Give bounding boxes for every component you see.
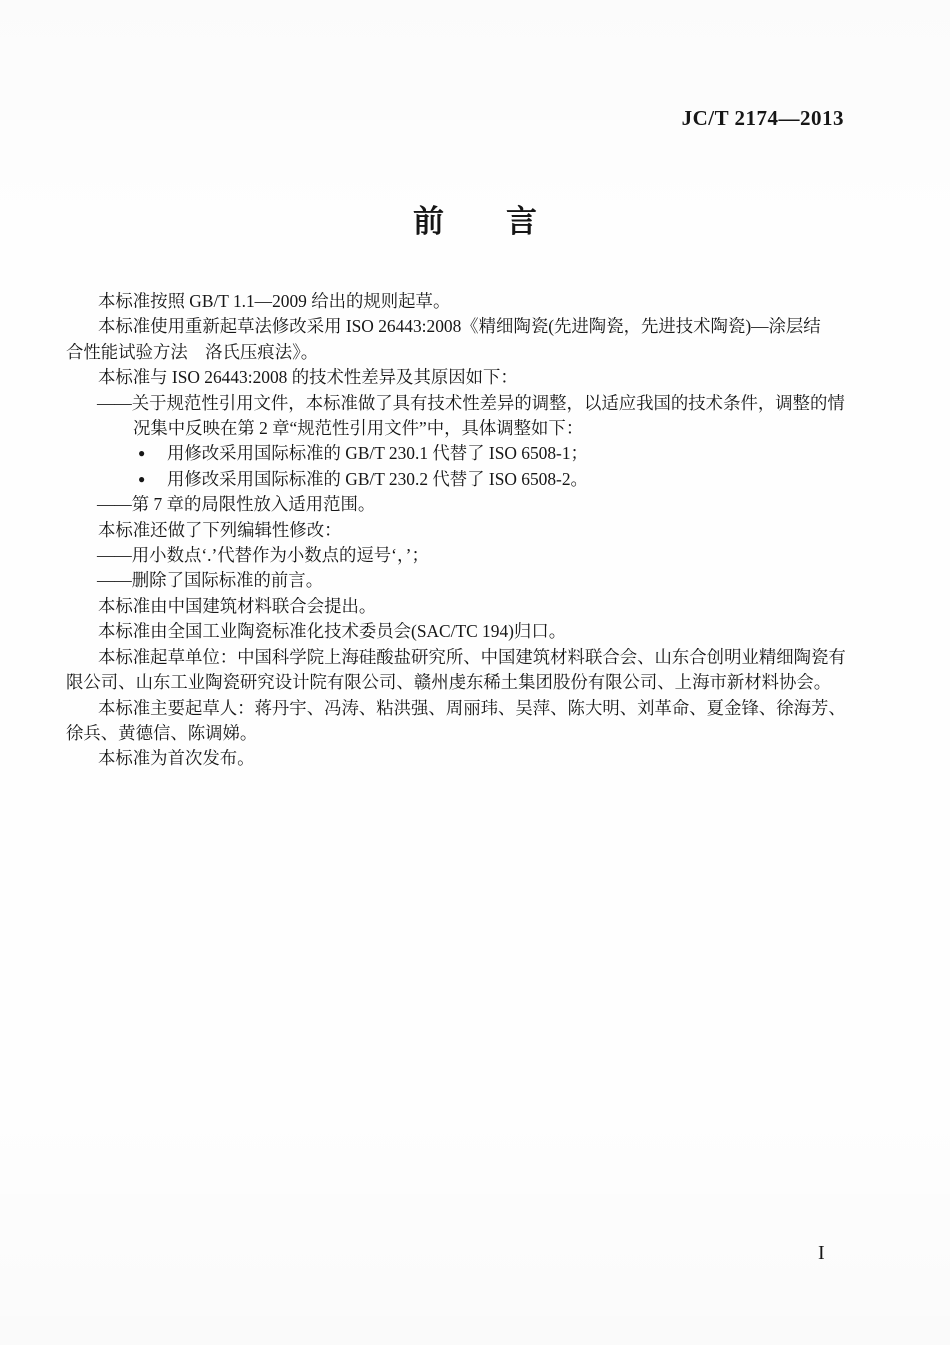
bullet-item-text: 用修改采用国际标准的 GB/T 230.2 代替了 ISO 6508-2。 [167, 469, 588, 489]
text-line: 限公司、山东工业陶瓷研究设计院有限公司、赣州虔东稀土集团股份有限公司、上海市新材… [66, 670, 887, 695]
bullet-icon: ● [138, 467, 145, 492]
text-line: ●用修改采用国际标准的 GB/T 230.1 代替了 ISO 6508-1； [66, 441, 887, 466]
text-line: 本标准与 ISO 26443:2008 的技术性差异及其原因如下： [66, 365, 887, 390]
text-line: 徐兵、黄德信、陈调娣。 [66, 721, 887, 746]
text-line: 本标准主要起草人：蒋丹宇、冯涛、粘洪强、周丽玮、吴萍、陈大明、刘革命、夏金锋、徐… [66, 696, 887, 721]
page-title: 前 言 [0, 196, 950, 241]
text-line: 本标准由中国建筑材料联合会提出。 [66, 594, 887, 619]
text-line: ——用小数点‘.’代替作为小数点的逗号‘，’； [66, 543, 887, 568]
text-line: ●用修改采用国际标准的 GB/T 230.2 代替了 ISO 6508-2。 [66, 467, 887, 492]
page-number: I [818, 1242, 826, 1265]
text-line: 本标准使用重新起草法修改采用 ISO 26443:2008《精细陶瓷(先进陶瓷，… [66, 314, 887, 339]
text-line: 本标准按照 GB/T 1.1—2009 给出的规则起草。 [66, 289, 887, 314]
text-line: 本标准起草单位：中国科学院上海硅酸盐研究所、中国建筑材料联合会、山东合创明业精细… [66, 645, 887, 670]
text-line: 本标准由全国工业陶瓷标准化技术委员会(SAC/TC 194)归口。 [66, 619, 887, 644]
text-line: 合性能试验方法 洛氏压痕法》。 [66, 340, 887, 365]
text-line: ——关于规范性引用文件，本标准做了具有技术性差异的调整，以适应我国的技术条件，调… [66, 391, 887, 416]
text-line: 本标准还做了下列编辑性修改： [66, 518, 887, 543]
foreword-body: 本标准按照 GB/T 1.1—2009 给出的规则起草。本标准使用重新起草法修改… [66, 289, 887, 772]
standard-number: JC/T 2174—2013 [682, 106, 844, 131]
document-page: JC/T 2174—2013 前 言 本标准按照 GB/T 1.1—2009 给… [0, 0, 950, 1345]
text-line: ——删除了国际标准的前言。 [66, 568, 887, 593]
text-line: 本标准为首次发布。 [66, 746, 887, 771]
text-line: ——第 7 章的局限性放入适用范围。 [66, 492, 887, 517]
bullet-item-text: 用修改采用国际标准的 GB/T 230.1 代替了 ISO 6508-1； [167, 443, 588, 463]
bullet-icon: ● [138, 441, 145, 466]
text-line: 况集中反映在第 2 章“规范性引用文件”中，具体调整如下： [66, 416, 887, 441]
